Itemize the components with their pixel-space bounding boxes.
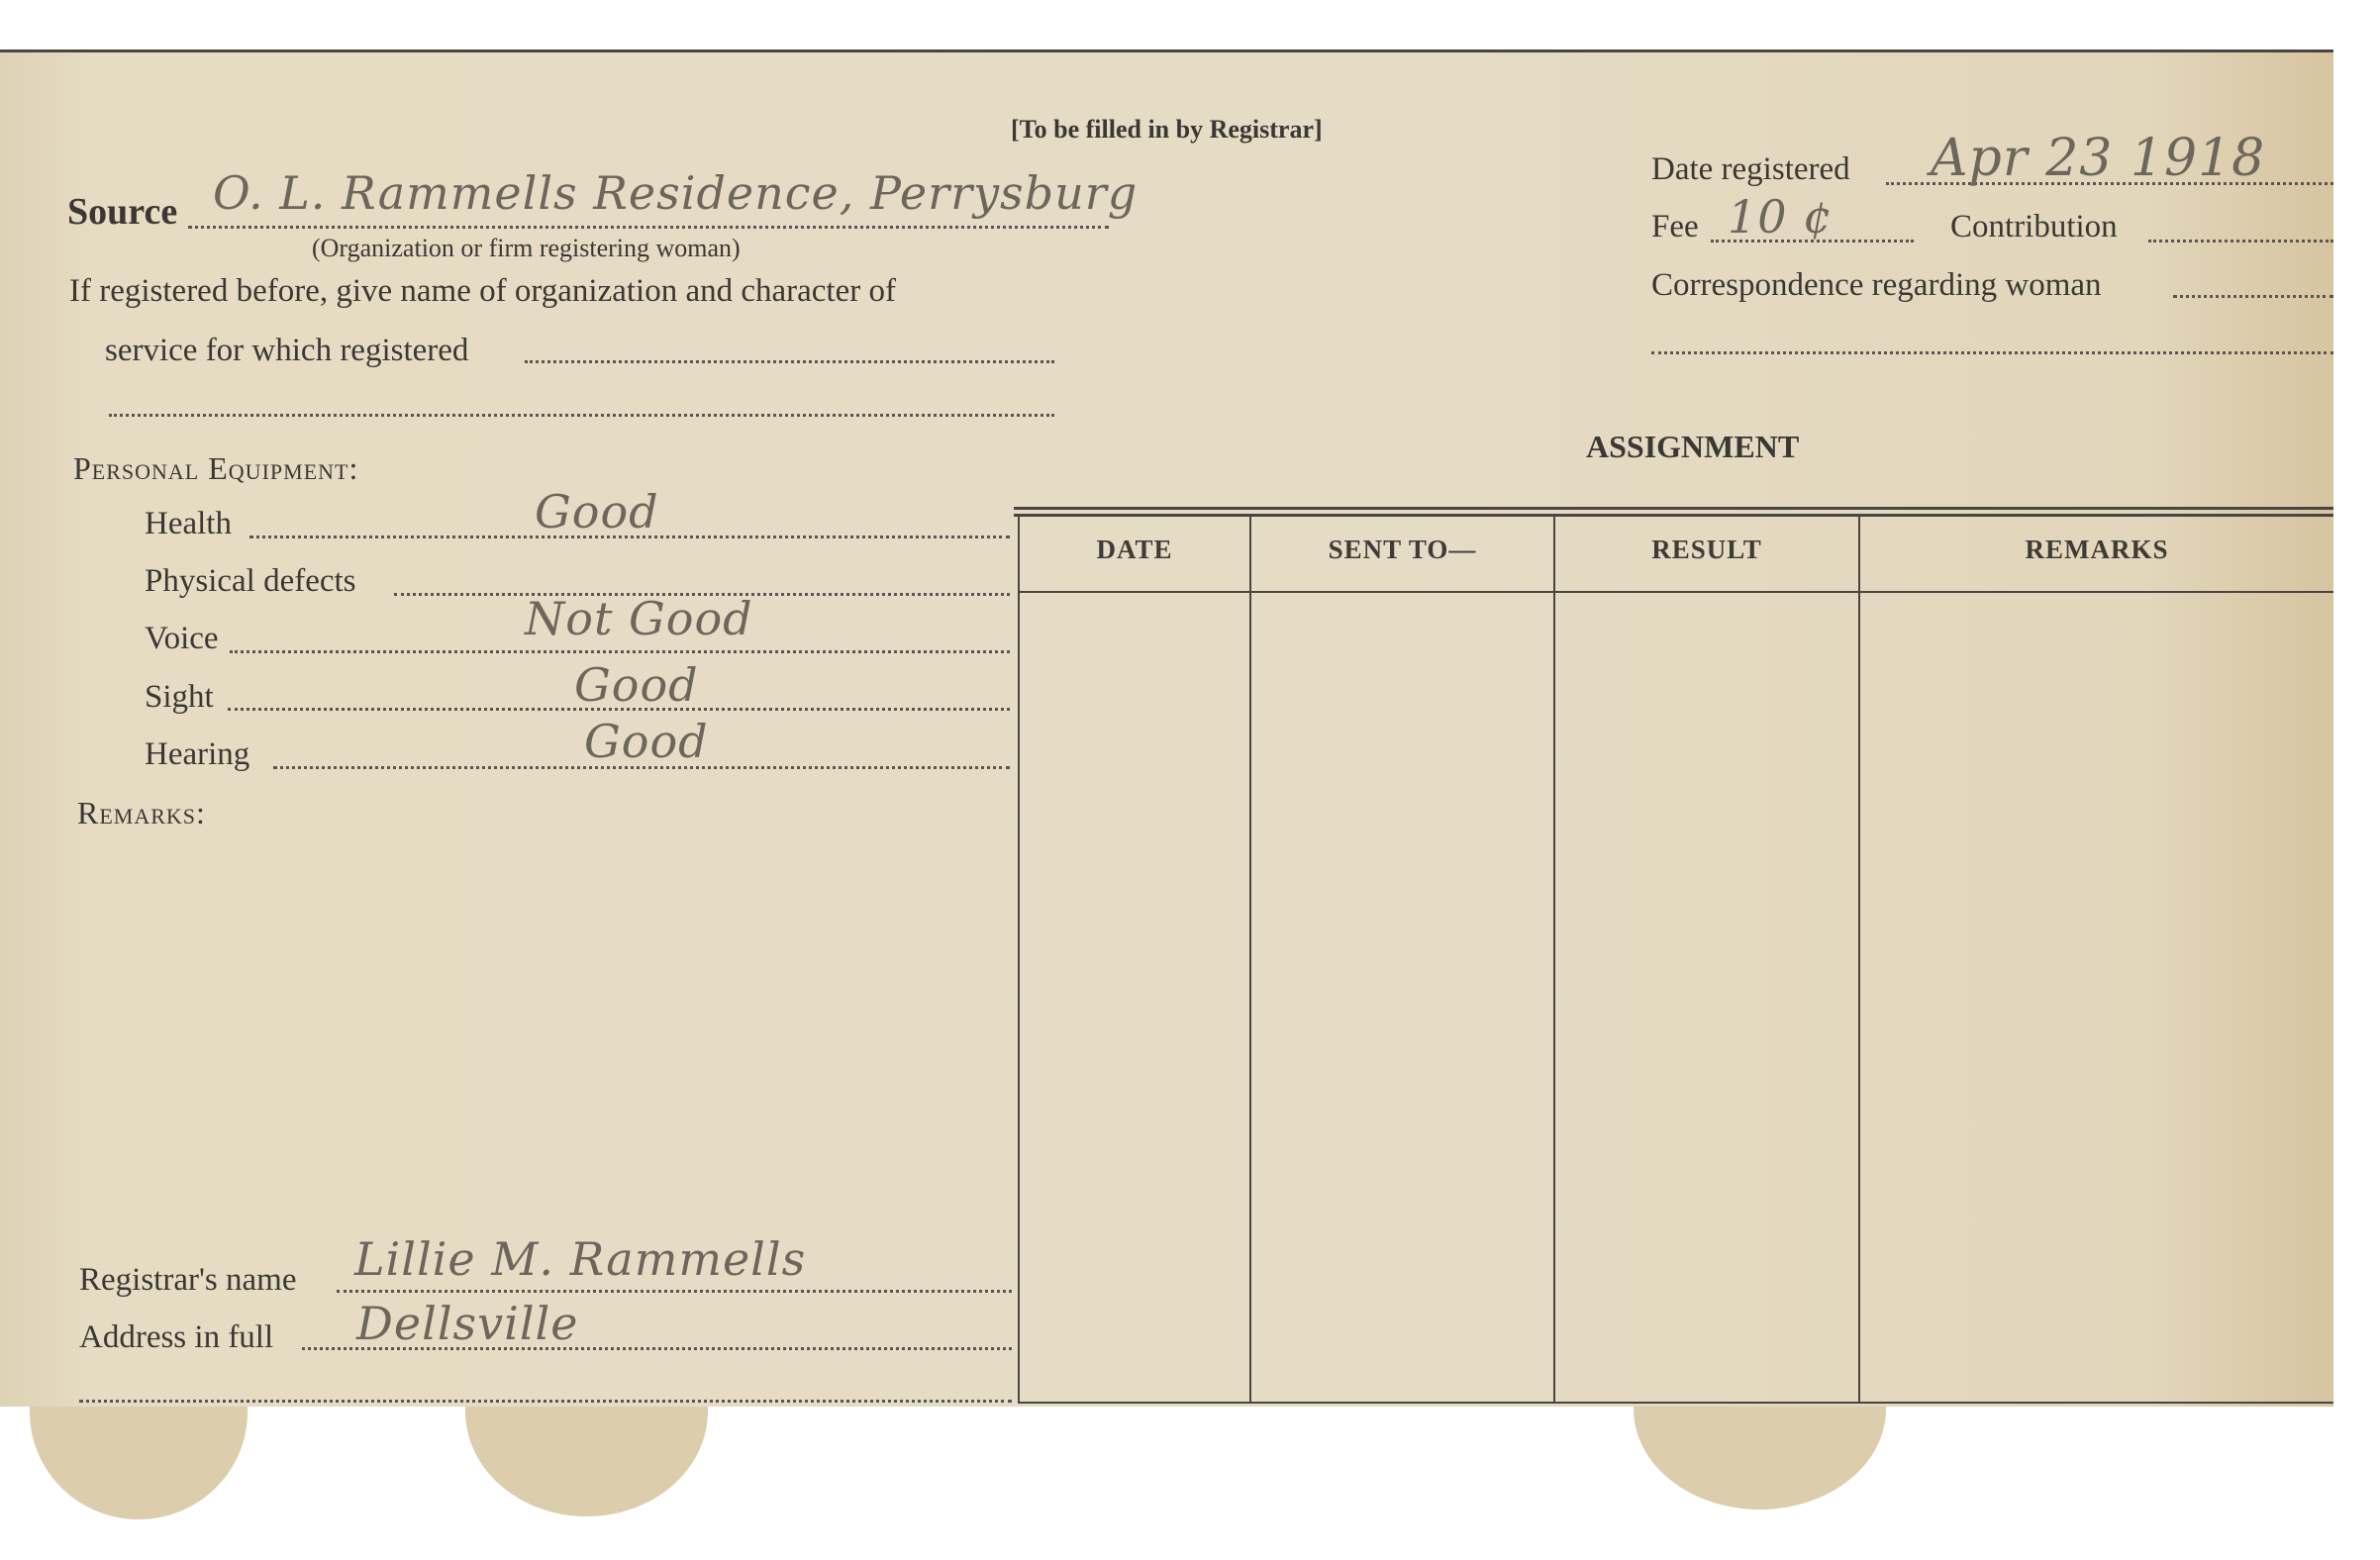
- sight-value[interactable]: Good: [574, 658, 699, 712]
- personal-equipment-title: Personal Equipment:: [73, 450, 358, 487]
- column-header-result: RESULT: [1555, 535, 1858, 565]
- assignment-cell-sent-to[interactable]: [1251, 594, 1553, 1402]
- remarks-label: Remarks:: [77, 795, 206, 831]
- source-value[interactable]: O. L. Rammells Residence, Perrysburg: [213, 166, 1138, 220]
- physical-defects-label: Physical defects: [145, 563, 356, 600]
- contribution-label: Contribution: [1950, 209, 2118, 245]
- assignment-cell-result[interactable]: [1555, 594, 1858, 1402]
- correspondence-label: Correspondence regarding woman: [1651, 267, 2102, 304]
- source-field-line: [188, 226, 1109, 229]
- health-label: Health: [145, 506, 232, 542]
- source-sublabel: (Organization or firm registering woman): [312, 234, 741, 263]
- address-value[interactable]: Dellsville: [356, 1297, 578, 1350]
- column-header-date: DATE: [1020, 535, 1249, 565]
- prior-registration-field-line[interactable]: [525, 360, 1054, 363]
- health-value[interactable]: Good: [535, 485, 659, 538]
- assignment-title: ASSIGNMENT: [1586, 429, 1799, 465]
- header-bottom-rule: [1020, 591, 2333, 593]
- prior-registration-line1: If registered before, give name of organ…: [69, 273, 896, 310]
- voice-label: Voice: [145, 621, 219, 657]
- source-label: Source: [67, 190, 177, 234]
- registrar-name-value[interactable]: Lillie M. Rammells: [354, 1232, 806, 1286]
- voice-line: [230, 650, 1010, 653]
- hearing-label: Hearing: [145, 736, 249, 773]
- fee-value[interactable]: 10 ¢: [1728, 190, 1833, 244]
- prior-registration-line2: service for which registered: [105, 333, 468, 369]
- fee-label: Fee: [1651, 209, 1699, 245]
- hearing-value[interactable]: Good: [584, 715, 709, 768]
- date-registered-value[interactable]: Apr 23 1918: [1931, 129, 2265, 188]
- table-top-rule-2: [1014, 514, 2333, 517]
- voice-value[interactable]: Not Good: [525, 592, 753, 645]
- address-line-2[interactable]: [79, 1400, 1012, 1403]
- column-header-sent-to: SENT TO—: [1251, 535, 1553, 565]
- table-top-rule: [1014, 507, 2333, 510]
- registrar-name-label: Registrar's name: [79, 1262, 296, 1299]
- correspondence-line-2[interactable]: [1651, 351, 2333, 354]
- address-label: Address in full: [79, 1319, 273, 1356]
- sight-label: Sight: [145, 679, 214, 716]
- assignment-cell-date[interactable]: [1020, 594, 1249, 1402]
- date-registered-label: Date registered: [1651, 151, 1850, 188]
- correspondence-line[interactable]: [2173, 295, 2333, 298]
- column-header-remarks: REMARKS: [1860, 535, 2333, 565]
- prior-registration-field-line-2[interactable]: [109, 414, 1054, 417]
- contribution-line[interactable]: [2148, 240, 2333, 243]
- table-bottom-rule: [1018, 1402, 2333, 1404]
- registrar-note: [To be filled in by Registrar]: [1011, 115, 1323, 145]
- registrar-name-line: [337, 1290, 1012, 1293]
- assignment-cell-remarks[interactable]: [1860, 594, 2333, 1402]
